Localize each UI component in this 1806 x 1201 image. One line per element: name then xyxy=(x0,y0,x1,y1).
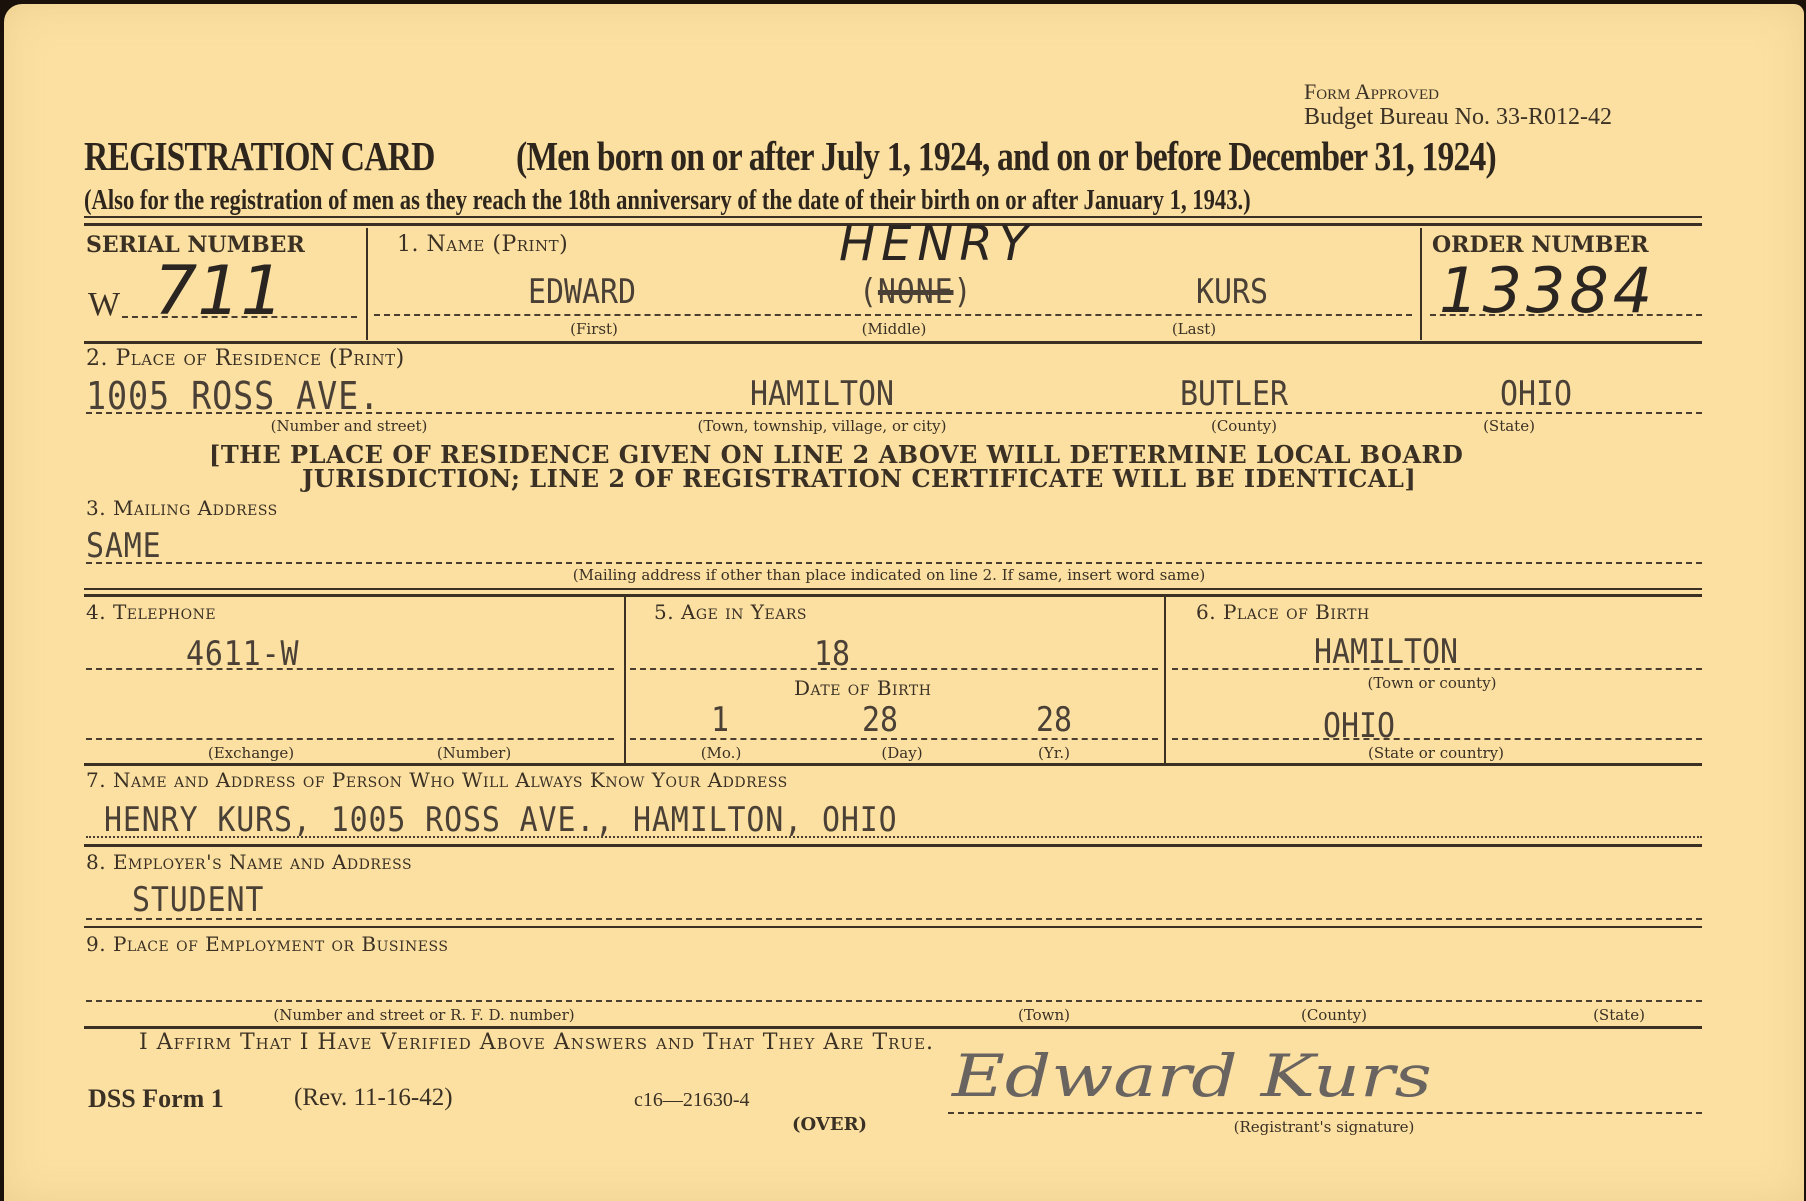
eligibility-statement: (Men born on or after July 1, 1924, and … xyxy=(516,132,1496,180)
form-subtitle: (Also for the registration of men as the… xyxy=(84,184,1251,217)
telephone-line-2 xyxy=(86,738,614,740)
mailing-line xyxy=(86,562,1702,564)
birthplace-town-line xyxy=(1172,668,1702,670)
divider xyxy=(84,1026,1702,1029)
signature-caption: (Registrant's signature) xyxy=(1234,1118,1415,1136)
employment-place-line xyxy=(86,1000,1702,1002)
middle-name-struck: NONE xyxy=(878,272,954,312)
middle-caption: (Middle) xyxy=(862,320,927,338)
residence-town-value: HAMILTON xyxy=(750,374,894,414)
exchange-caption: (Exchange) xyxy=(208,744,294,762)
residence-label: 2. Place of Residence (Print) xyxy=(86,346,405,371)
divider xyxy=(1420,228,1422,340)
last-name-value: KURS xyxy=(1196,272,1268,312)
birthplace-state-line xyxy=(1172,738,1702,740)
residence-county-value: BUTLER xyxy=(1180,374,1288,414)
telephone-line-1 xyxy=(86,668,614,670)
print-code: c16—21630-4 xyxy=(634,1089,750,1112)
first-name-value: EDWARD xyxy=(528,272,636,312)
divider xyxy=(84,763,1702,766)
contact-person-line xyxy=(86,836,1702,838)
year-caption: (Yr.) xyxy=(1038,744,1070,762)
dob-label: Date of Birth xyxy=(794,676,931,700)
mailing-address-value: SAME xyxy=(86,526,162,566)
birthplace-town-caption: (Town or county) xyxy=(1367,674,1496,692)
state-caption: (State) xyxy=(1483,417,1535,435)
jurisdiction-notice-line2: JURISDICTION; LINE 2 OF REGISTRATION CER… xyxy=(302,464,1416,493)
divider xyxy=(84,926,1702,928)
employment-county-caption: (County) xyxy=(1301,1006,1367,1024)
divider xyxy=(84,594,1702,597)
mailing-address-label: 3. Mailing Address xyxy=(86,496,278,520)
day-caption: (Day) xyxy=(881,744,922,762)
divider xyxy=(624,597,626,763)
registrant-signature: Edward Kurs xyxy=(952,1042,1432,1110)
mailing-caption: (Mailing address if other than place ind… xyxy=(573,566,1205,584)
middle-name-original: (NONE) xyxy=(859,272,972,312)
order-line xyxy=(1430,314,1702,316)
form-id: DSS Form 1 xyxy=(88,1084,224,1114)
birthplace-label: 6. Place of Birth xyxy=(1196,600,1370,624)
employment-state-caption: (State) xyxy=(1593,1006,1645,1024)
budget-bureau-number: Budget Bureau No. 33-R012-42 xyxy=(1304,105,1612,129)
employer-line xyxy=(86,918,1702,920)
number-caption: (Number) xyxy=(437,744,511,762)
serial-prefix: W xyxy=(88,286,120,324)
employment-street-caption: (Number and street or R. F. D. number) xyxy=(273,1006,574,1024)
form-approved-label: Form Approved xyxy=(1304,80,1439,104)
dob-year-value: 28 xyxy=(1036,700,1072,740)
county-caption: (County) xyxy=(1211,417,1277,435)
divider xyxy=(84,341,1702,344)
name-line xyxy=(374,314,1412,316)
birthplace-state-value: OHIO xyxy=(1323,706,1395,746)
age-line xyxy=(630,668,1158,670)
employment-town-caption: (Town) xyxy=(1018,1006,1070,1024)
registration-card: Form Approved Budget Bureau No. 33-R012-… xyxy=(4,4,1804,1201)
divider xyxy=(366,228,368,340)
month-caption: (Mo.) xyxy=(701,744,742,762)
serial-number-value: 711 xyxy=(154,252,284,331)
telephone-label: 4. Telephone xyxy=(86,600,216,624)
residence-line xyxy=(86,412,1702,414)
dob-line xyxy=(630,738,1158,740)
contact-person-label: 7. Name and Address of Person Who Will A… xyxy=(86,768,788,792)
birthplace-town-value: HAMILTON xyxy=(1314,632,1458,672)
dob-month-value: 1 xyxy=(711,700,729,740)
town-caption: (Town, township, village, or city) xyxy=(698,417,947,435)
middle-name-handwritten: HENRY xyxy=(839,216,1034,272)
birthplace-state-caption: (State or country) xyxy=(1368,744,1504,762)
signature-line xyxy=(948,1112,1702,1114)
divider xyxy=(84,588,1702,590)
over-indicator: (OVER) xyxy=(792,1114,867,1135)
form-title: REGISTRATION CARD xyxy=(84,132,435,180)
age-label: 5. Age in Years xyxy=(654,600,807,624)
order-number-value: 13384 xyxy=(1439,254,1656,327)
street-caption: (Number and street) xyxy=(271,417,428,435)
employer-value: STUDENT xyxy=(132,880,264,920)
dob-day-value: 28 xyxy=(862,700,898,740)
first-caption: (First) xyxy=(570,320,618,338)
divider xyxy=(1164,597,1166,763)
affirmation-text: I Affirm That I Have Verified Above Answ… xyxy=(139,1030,934,1055)
employment-place-label: 9. Place of Employment or Business xyxy=(86,932,448,956)
name-label: 1. Name (Print) xyxy=(397,232,568,257)
last-caption: (Last) xyxy=(1172,320,1216,338)
residence-state-value: OHIO xyxy=(1500,374,1572,414)
form-revision: (Rev. 11-16-42) xyxy=(294,1084,453,1112)
employer-label: 8. Employer's Name and Address xyxy=(86,850,412,874)
divider xyxy=(84,844,1702,847)
contact-person-value: HENRY KURS, 1005 ROSS AVE., HAMILTON, OH… xyxy=(104,800,898,840)
